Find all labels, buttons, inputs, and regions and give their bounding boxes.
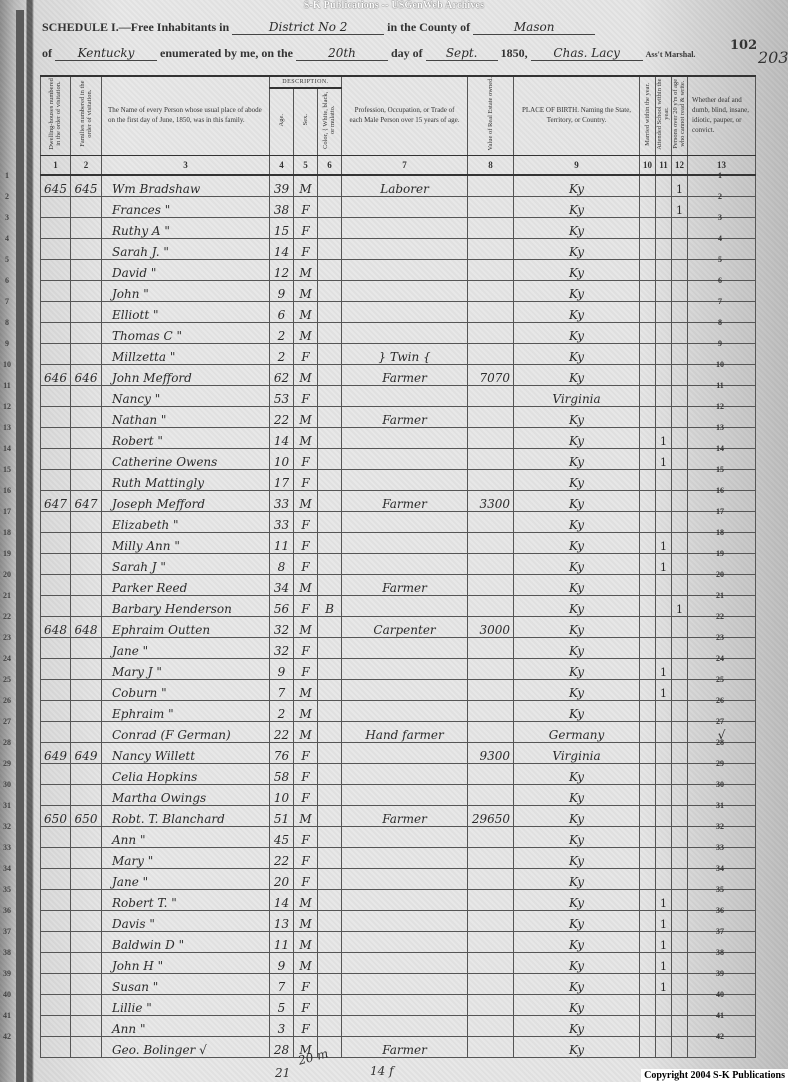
age: 15 [270,217,294,238]
school-mark: 1 [656,931,672,952]
married-mark [640,679,656,700]
dwelling-number [41,847,71,868]
sex: M [294,889,318,910]
census-row: Ruthy A "15FKy [41,217,756,238]
married-mark [640,343,656,364]
color [318,322,342,343]
line-number-left: 42 [0,1032,14,1041]
school-mark [656,343,672,364]
occupation [342,1015,468,1036]
occupation [342,259,468,280]
birthplace: Ky [514,868,640,889]
dwelling-number [41,553,71,574]
age: 39 [270,175,294,197]
line-number-right: 17 [710,507,730,516]
married-mark [640,427,656,448]
color [318,847,342,868]
birthplace: Ky [514,343,640,364]
col-header-married: Married within the year. [640,76,656,155]
color [318,259,342,280]
line-number-right: 36 [710,906,730,915]
age: 2 [270,700,294,721]
age: 14 [270,889,294,910]
birthplace: Ky [514,322,640,343]
age: 6 [270,301,294,322]
person-name: Susan " [102,973,270,994]
person-name: Ann " [102,1015,270,1036]
married-mark [640,700,656,721]
family-number [71,238,102,259]
married-mark [640,889,656,910]
dwelling-number [41,952,71,973]
married-mark [640,1036,656,1057]
line-number-right: 23 [710,633,730,642]
married-mark [640,385,656,406]
real-estate-value: 3000 [468,616,514,637]
sex: M [294,301,318,322]
illiterate-mark [672,742,688,763]
occupation [342,469,468,490]
census-row: Thomas C "2MKy [41,322,756,343]
color [318,196,342,217]
line-number-left: 10 [0,360,14,369]
occupation: } Twin { [342,343,468,364]
age: 9 [270,952,294,973]
age: 9 [270,658,294,679]
birthplace: Ky [514,364,640,385]
census-row: Jane "20FKy [41,868,756,889]
age: 7 [270,973,294,994]
real-estate-value [468,574,514,595]
line-number-left: 8 [0,318,14,327]
illiterate-mark [672,406,688,427]
school-mark: 1 [656,889,672,910]
line-number-right: 33 [710,843,730,852]
dwelling-number [41,994,71,1015]
line-number-right: 8 [710,318,730,327]
school-mark [656,1015,672,1036]
col-header-color: Color, { White, black, or mulatto. [318,88,342,155]
real-estate-value [468,301,514,322]
family-number: 645 [71,175,102,197]
married-mark [640,448,656,469]
school-mark [656,595,672,616]
family-number: 647 [71,490,102,511]
person-name: Robt. T. Blanchard [102,805,270,826]
color [318,784,342,805]
real-estate-value [468,658,514,679]
school-mark [656,868,672,889]
line-number-right: 10 [710,360,730,369]
line-number-left: 6 [0,276,14,285]
occupation [342,196,468,217]
birthplace: Ky [514,700,640,721]
col-header-name: The Name of every Person whose usual pla… [102,76,270,155]
real-estate-value [468,952,514,973]
census-row: Sarah J "8FKy1 [41,553,756,574]
school-mark: 1 [656,658,672,679]
occupation [342,763,468,784]
occupation: Farmer [342,490,468,511]
day-of-label: day of [391,46,423,60]
color [318,301,342,322]
person-name: John " [102,280,270,301]
school-mark [656,490,672,511]
schedule-heading-line-2: of Kentucky enumerated by me, on the 20t… [42,46,695,61]
line-number-left: 26 [0,696,14,705]
line-number-right: 40 [710,990,730,999]
real-estate-value [468,448,514,469]
age: 7 [270,679,294,700]
occupation [342,910,468,931]
family-number [71,847,102,868]
school-mark [656,1036,672,1057]
dwelling-number [41,448,71,469]
census-row: Jane "32FKy [41,637,756,658]
age: 33 [270,490,294,511]
sex: F [294,532,318,553]
real-estate-value [468,385,514,406]
married-mark [640,259,656,280]
real-estate-value [468,994,514,1015]
person-name: Wm Bradshaw [102,175,270,197]
real-estate-value [468,259,514,280]
person-name: Catherine Owens [102,448,270,469]
occupation [342,973,468,994]
age: 11 [270,931,294,952]
school-mark [656,742,672,763]
sex: F [294,553,318,574]
birthplace: Ky [514,847,640,868]
dwelling-number: 647 [41,490,71,511]
line-number-right: 39 [710,969,730,978]
line-number-left: 34 [0,864,14,873]
occupation [342,931,468,952]
sex: M [294,952,318,973]
dwelling-number [41,427,71,448]
illiterate-mark [672,889,688,910]
person-name: Coburn " [102,679,270,700]
occupation [342,847,468,868]
color [318,910,342,931]
dwelling-number: 650 [41,805,71,826]
family-number [71,448,102,469]
real-estate-value: 7070 [468,364,514,385]
column-number: 2 [71,155,102,175]
column-number: 7 [342,155,468,175]
family-number: 649 [71,742,102,763]
birthplace: Ky [514,1036,640,1057]
census-row: Elizabeth "33FKy [41,511,756,532]
married-mark [640,847,656,868]
line-number-left: 40 [0,990,14,999]
occupation [342,427,468,448]
school-mark [656,280,672,301]
line-number-right: 14 [710,444,730,453]
real-estate-value [468,784,514,805]
sex: M [294,616,318,637]
birthplace: Ky [514,889,640,910]
birthplace: Ky [514,259,640,280]
real-estate-value [468,238,514,259]
enumerated-label: enumerated by me, on the [160,46,293,60]
married-mark [640,490,656,511]
census-row: John H "9MKy1 [41,952,756,973]
family-number [71,469,102,490]
census-row: Celia Hopkins58FKy [41,763,756,784]
occupation [342,217,468,238]
illiterate-mark [672,322,688,343]
real-estate-value [468,280,514,301]
person-name: Mary " [102,847,270,868]
line-number-left: 20 [0,570,14,579]
school-mark: 1 [656,952,672,973]
person-name: Thomas C " [102,322,270,343]
married-mark [640,658,656,679]
line-number-left: 15 [0,465,14,474]
dwelling-number [41,721,71,742]
real-estate-value [468,637,514,658]
occupation [342,658,468,679]
age: 45 [270,826,294,847]
family-number: 650 [71,805,102,826]
copyright-notice: Copyright 2004 S-K Publications [641,1069,788,1082]
occupation: Farmer [342,574,468,595]
family-number [71,679,102,700]
color [318,469,342,490]
column-number: 6 [318,155,342,175]
census-row: 646646John Mefford62MFarmer7070Ky [41,364,756,385]
family-number [71,385,102,406]
person-name: Milly Ann " [102,532,270,553]
color [318,280,342,301]
tally-note-3: 14 f [370,1064,394,1078]
real-estate-value [468,427,514,448]
illiterate-mark [672,280,688,301]
sex: M [294,259,318,280]
illiterate-mark [672,700,688,721]
sex: M [294,175,318,197]
line-number-right: 35 [710,885,730,894]
school-mark [656,616,672,637]
dwelling-number [41,784,71,805]
color [318,1015,342,1036]
person-name: Sarah J. " [102,238,270,259]
person-name: Mary J " [102,658,270,679]
age: 14 [270,427,294,448]
person-name: Martha Owings [102,784,270,805]
sex: F [294,637,318,658]
illiterate-mark [672,910,688,931]
family-number: 646 [71,364,102,385]
census-row: 648648Ephraim Outten32MCarpenter3000Ky [41,616,756,637]
line-number-right: 26 [710,696,730,705]
line-number-right: 7 [710,297,730,306]
dwelling-number [41,511,71,532]
column-number: 10 [640,155,656,175]
family-number [71,889,102,910]
birthplace: Virginia [514,742,640,763]
person-name: Elizabeth " [102,511,270,532]
family-number [71,511,102,532]
line-number-left: 30 [0,780,14,789]
birthplace: Ky [514,280,640,301]
illiterate-mark [672,574,688,595]
illiterate-mark [672,637,688,658]
dwelling-number [41,910,71,931]
occupation [342,385,468,406]
color [318,700,342,721]
real-estate-value: 29650 [468,805,514,826]
age: 58 [270,763,294,784]
age: 14 [270,238,294,259]
line-number-right: 2 [710,192,730,201]
illiterate-mark [672,385,688,406]
occupation [342,595,468,616]
census-row: 649649Nancy Willett76F9300Virginia [41,742,756,763]
family-number: 648 [71,616,102,637]
dwelling-number [41,532,71,553]
line-number-right: 11 [710,381,730,390]
line-number-left: 27 [0,717,14,726]
family-number [71,574,102,595]
dwelling-number [41,658,71,679]
color [318,553,342,574]
family-number [71,280,102,301]
line-number-left: 41 [0,1011,14,1020]
line-number-right: 15 [710,465,730,474]
illiterate-mark [672,448,688,469]
person-name: Geo. Bolinger √ [102,1036,270,1057]
real-estate-value [468,826,514,847]
line-number-right: 1 [710,171,730,180]
person-name: Jane " [102,868,270,889]
schedule-title: SCHEDULE I.—Free Inhabitants in [42,20,229,34]
line-number-right: 42 [710,1032,730,1041]
line-number-right: 29 [710,759,730,768]
school-mark [656,574,672,595]
dwelling-number [41,574,71,595]
illiterate-mark [672,805,688,826]
color [318,490,342,511]
dwelling-number [41,931,71,952]
married-mark [640,931,656,952]
age: 51 [270,805,294,826]
school-mark [656,994,672,1015]
birthplace: Ky [514,427,640,448]
color [318,175,342,197]
married-mark [640,364,656,385]
family-number [71,700,102,721]
family-number [71,931,102,952]
census-row: Geo. Bolinger √28MFarmerKy [41,1036,756,1057]
line-number-left: 1 [0,171,14,180]
family-number [71,1036,102,1057]
real-estate-value [468,763,514,784]
sex: F [294,784,318,805]
occupation [342,889,468,910]
age: 5 [270,994,294,1015]
line-number-left: 23 [0,633,14,642]
real-estate-value [468,973,514,994]
dwelling-number [41,385,71,406]
family-number [71,343,102,364]
illiterate-mark: 1 [672,175,688,197]
school-mark [656,301,672,322]
sex: M [294,364,318,385]
sex: F [294,742,318,763]
illiterate-mark [672,1015,688,1036]
school-mark [656,847,672,868]
census-row: 650650Robt. T. Blanchard51MFarmer29650Ky [41,805,756,826]
census-row: 645645Wm Bradshaw39MLaborerKy1 [41,175,756,197]
sex: F [294,469,318,490]
line-number-left: 22 [0,612,14,621]
family-number [71,952,102,973]
real-estate-value [468,847,514,868]
marshal-name-field: Chas. Lacy [531,46,643,61]
married-mark [640,406,656,427]
family-number [71,910,102,931]
dwelling-number [41,259,71,280]
dwelling-number [41,826,71,847]
person-name: Lillie " [102,994,270,1015]
line-number-right: 30 [710,780,730,789]
line-number-right: 18 [710,528,730,537]
state-field: Kentucky [55,46,157,61]
line-number-right: 24 [710,654,730,663]
real-estate-value [468,532,514,553]
col-header-disability: Whether deaf and dumb, blind, insane, id… [688,76,756,155]
school-mark: 1 [656,553,672,574]
line-number-left: 35 [0,885,14,894]
color [318,427,342,448]
column-number: 9 [514,155,640,175]
real-estate-value [468,679,514,700]
birthplace: Ky [514,448,640,469]
birthplace: Ky [514,637,640,658]
color [318,826,342,847]
dwelling-number: 646 [41,364,71,385]
line-number-left: 36 [0,906,14,915]
census-row: Parker Reed34MFarmerKy [41,574,756,595]
col-header-age: Age. [270,88,294,155]
occupation: Farmer [342,1036,468,1057]
line-number-left: 17 [0,507,14,516]
color [318,952,342,973]
married-mark [640,595,656,616]
line-number-left: 38 [0,948,14,957]
sex: M [294,700,318,721]
line-number-left: 7 [0,297,14,306]
sex: M [294,721,318,742]
illiterate-mark [672,1036,688,1057]
person-name: Ephraim Outten [102,616,270,637]
dwelling-number [41,217,71,238]
birthplace: Ky [514,217,640,238]
color [318,868,342,889]
sex: F [294,658,318,679]
dwelling-number [41,238,71,259]
real-estate-value [468,322,514,343]
school-mark: 1 [656,532,672,553]
color [318,973,342,994]
illiterate-mark [672,469,688,490]
line-number-left: 2 [0,192,14,201]
illiterate-mark [672,826,688,847]
person-name: Ruthy A " [102,217,270,238]
occupation: Farmer [342,364,468,385]
